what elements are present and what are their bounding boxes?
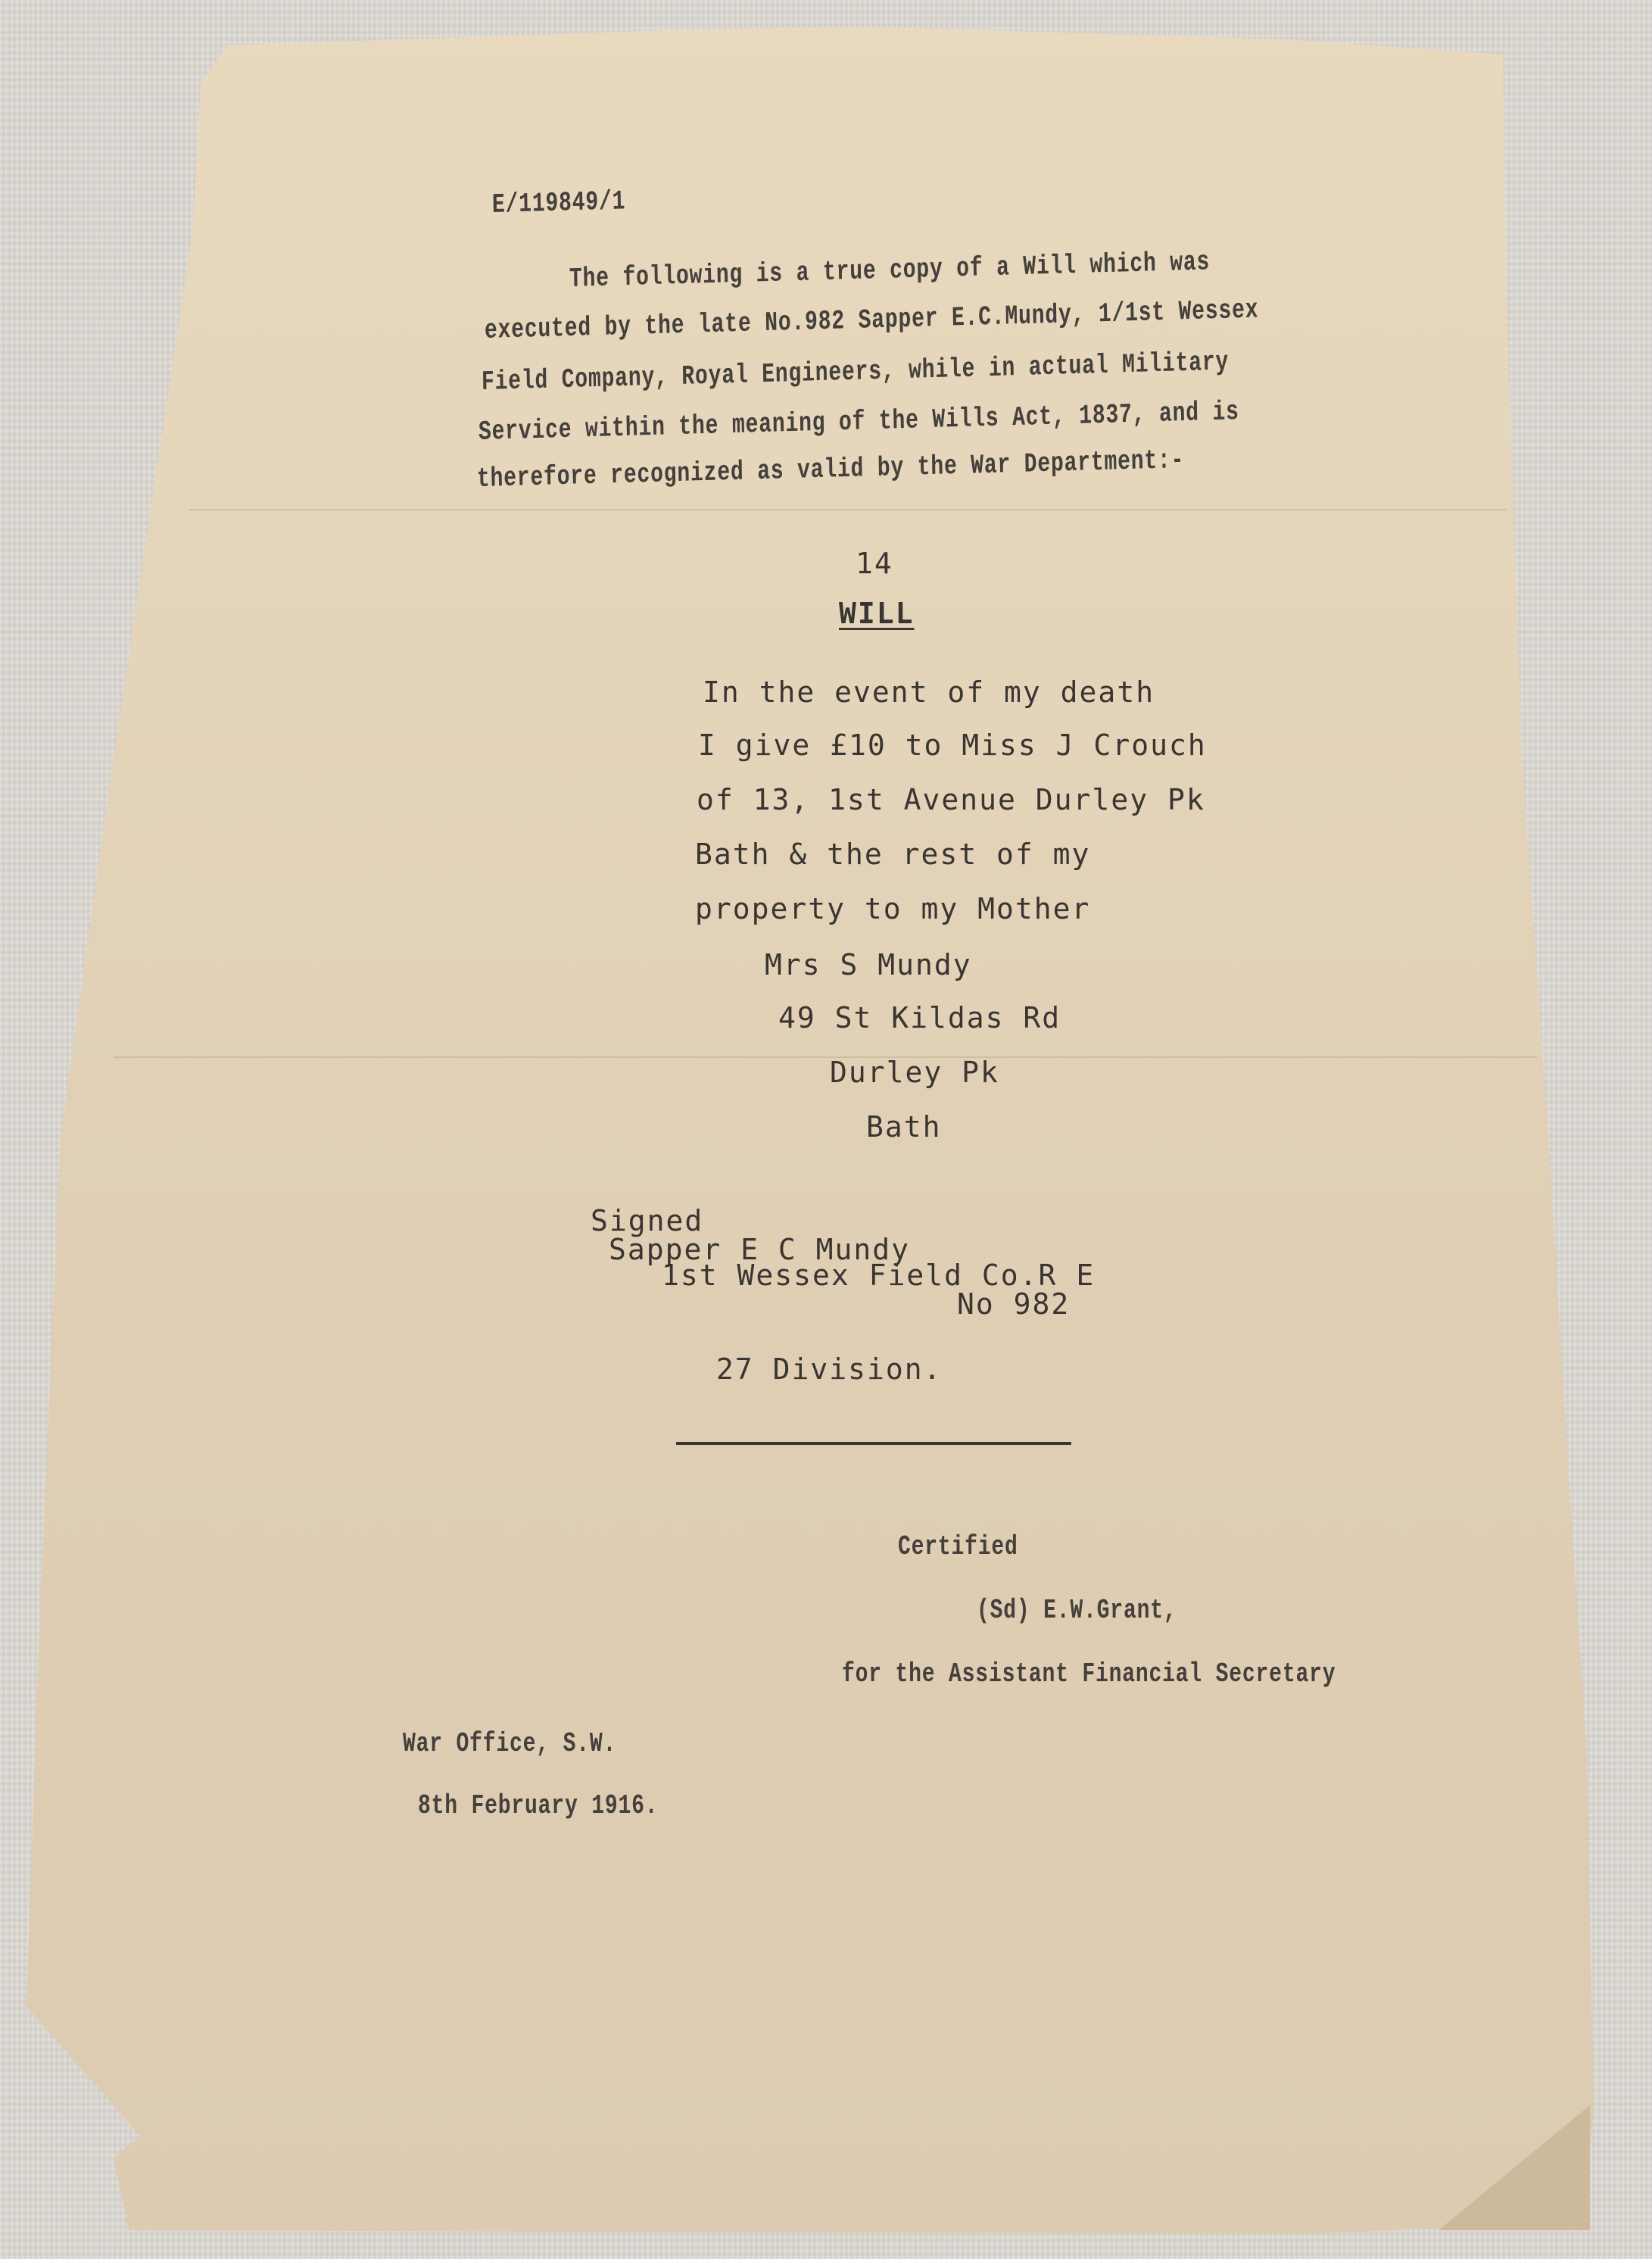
certified-label: Certified: [898, 1531, 1018, 1562]
will-line-1: In the event of my death: [703, 676, 1155, 709]
document-paper: [0, 0, 1652, 2259]
beneficiary-town: Bath: [866, 1110, 942, 1144]
reference-number: E/119849/1: [492, 186, 626, 220]
will-line-4: Bath & the rest of my: [695, 838, 1090, 871]
beneficiary-area: Durley Pk: [830, 1056, 999, 1089]
page-number: 14: [856, 547, 893, 580]
signer-number: No 982: [957, 1287, 1070, 1321]
beneficiary-name: Mrs S Mundy: [765, 948, 972, 981]
beneficiary-street: 49 St Kildas Rd: [778, 1001, 1061, 1034]
will-title: WILL: [839, 597, 915, 630]
separator-rule: [676, 1442, 1071, 1445]
certifier-role: for the Assistant Financial Secretary: [842, 1658, 1336, 1690]
will-line-2: I give £10 to Miss J Crouch: [698, 729, 1207, 762]
issue-date: 8th February 1916.: [418, 1790, 658, 1821]
paper-fold-line: [189, 509, 1507, 510]
issuing-office: War Office, S.W.: [403, 1728, 616, 1759]
will-line-5: property to my Mother: [695, 892, 1090, 925]
signer-division: 27 Division.: [716, 1353, 943, 1386]
paper-fold-line: [114, 1056, 1537, 1058]
certifier-signature: (Sd) E.W.Grant,: [977, 1595, 1177, 1626]
will-line-3: of 13, 1st Avenue Durley Pk: [697, 783, 1205, 816]
